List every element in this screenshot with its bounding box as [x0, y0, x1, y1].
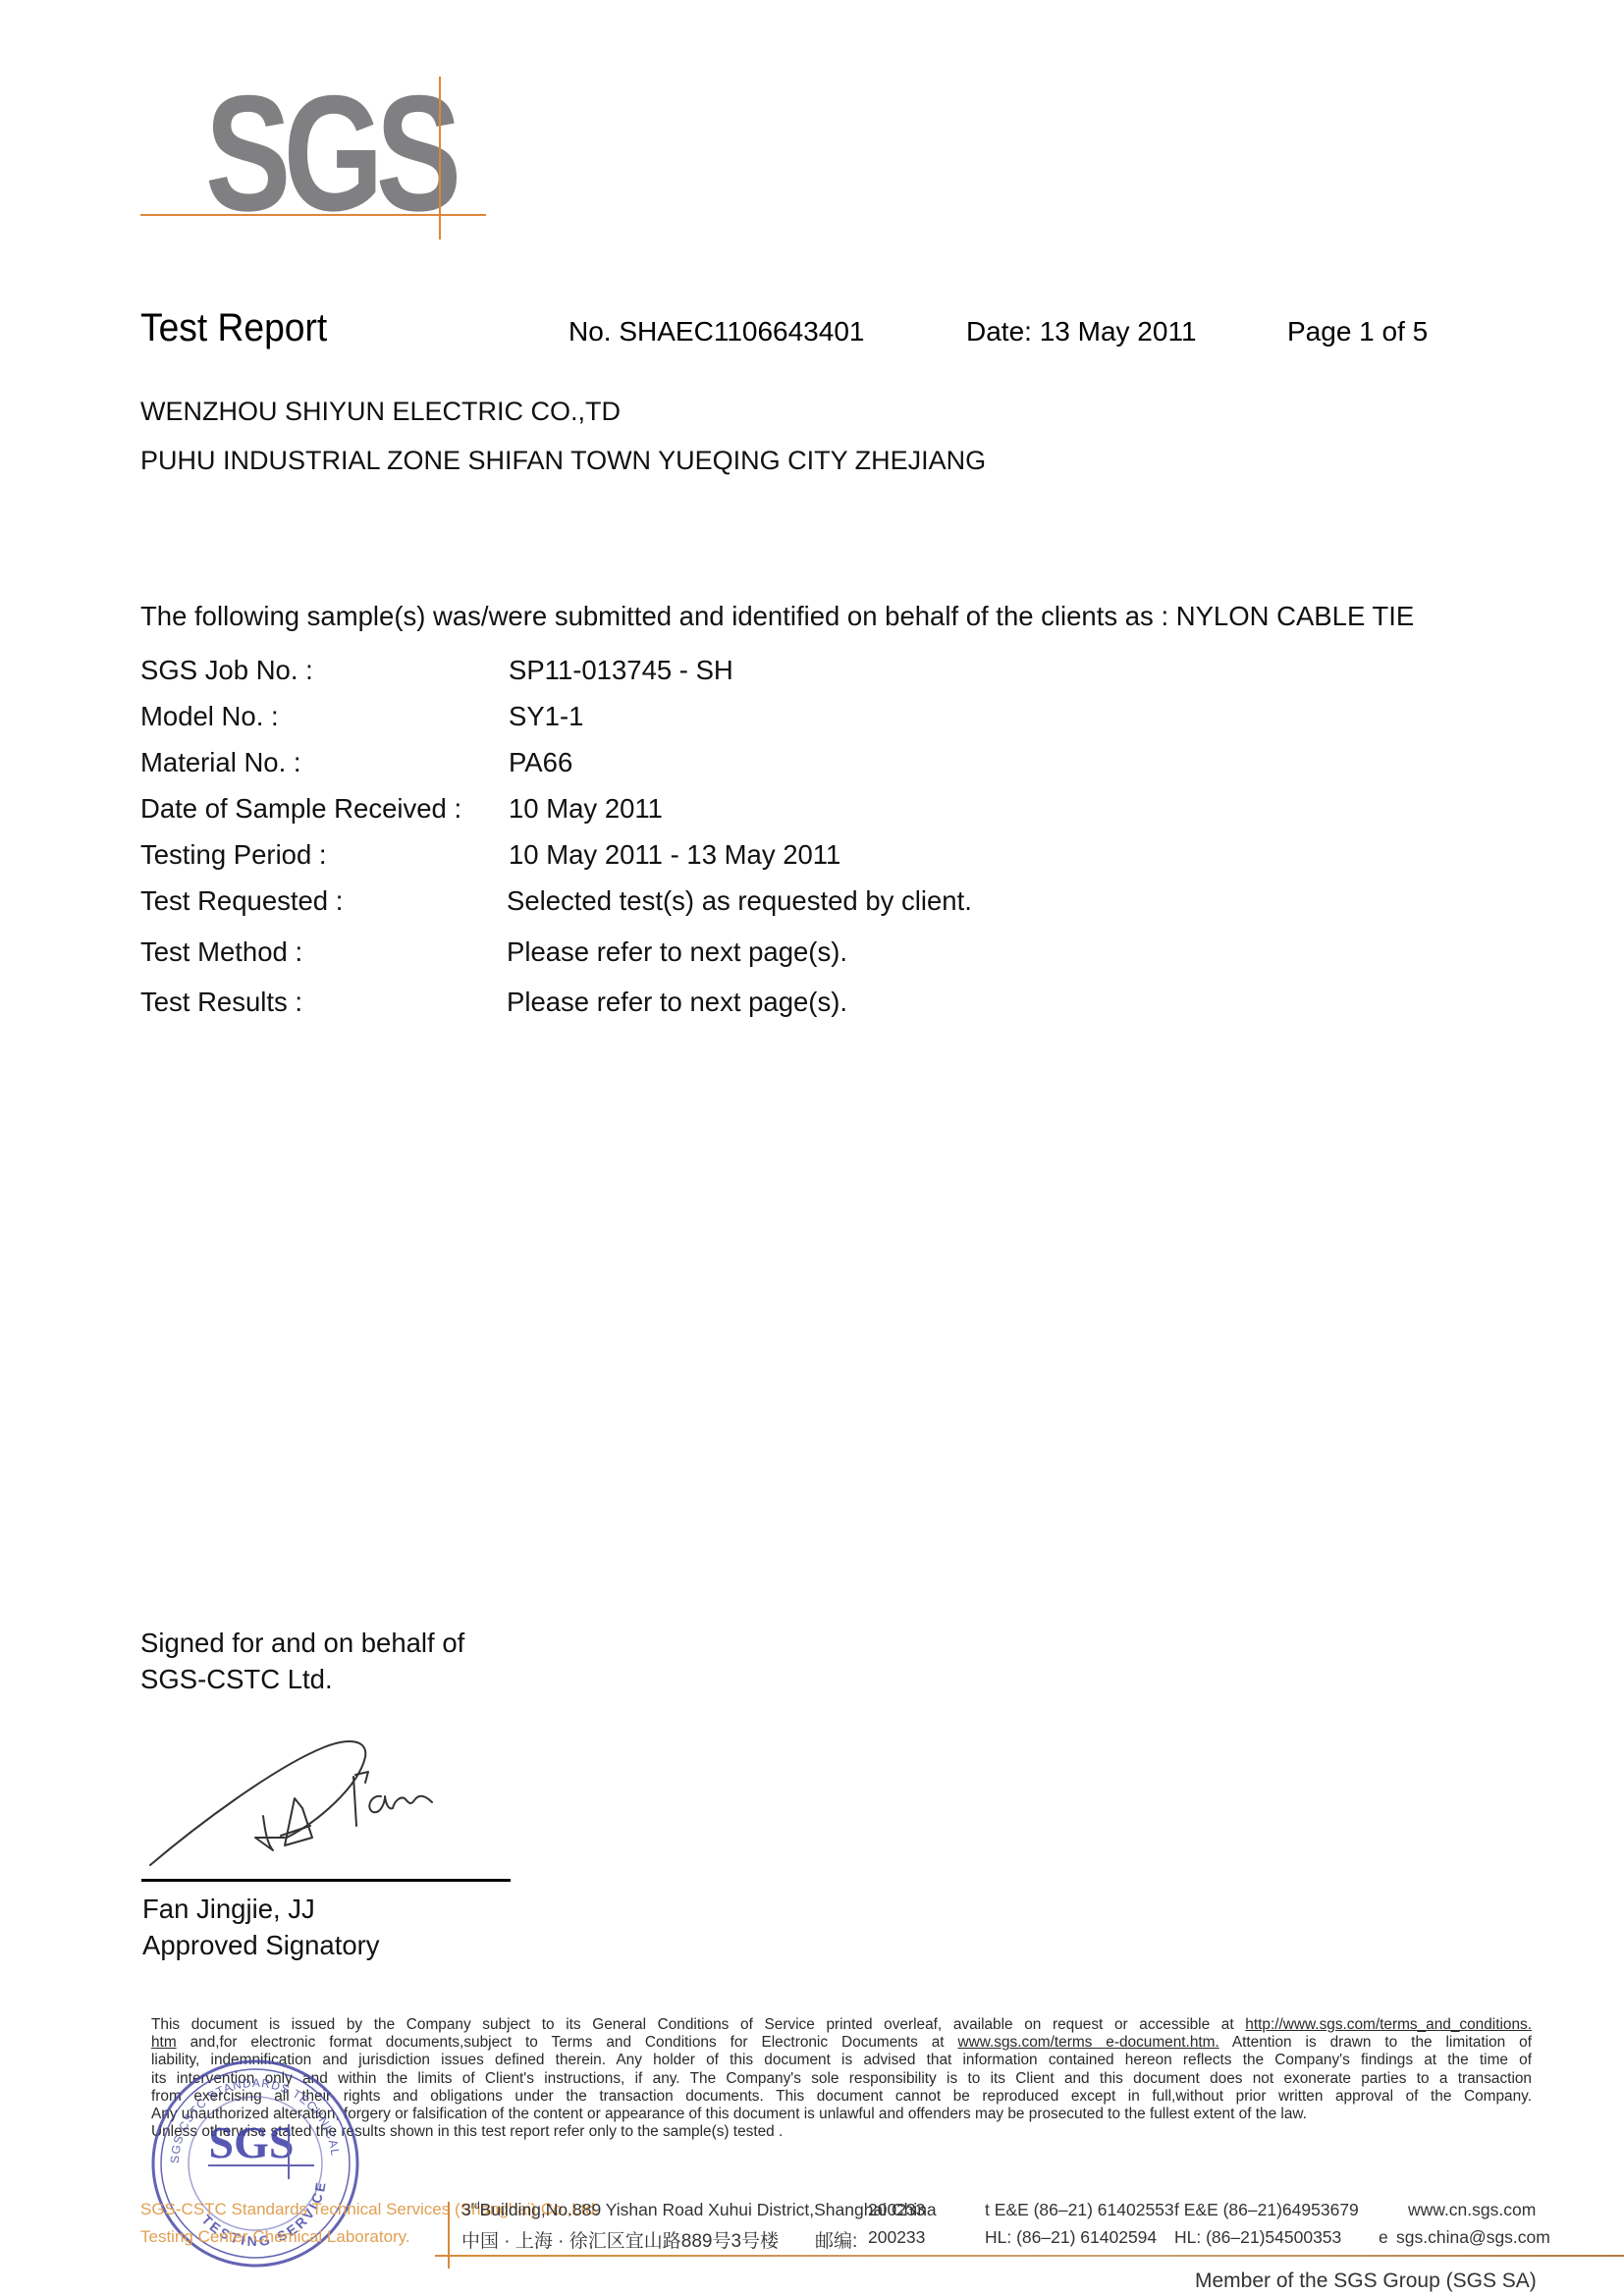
- field-label: Test Method :: [140, 936, 302, 968]
- e-document-terms-link[interactable]: www.sgs.com/terms e-document.htm.: [958, 2034, 1219, 2051]
- field-value: PA66: [509, 747, 572, 778]
- footer-email-label: e: [1379, 2227, 1388, 2248]
- footer-telephone-hl: HL: (86–21) 61402594: [985, 2227, 1157, 2248]
- logo-vertical-rule: [439, 77, 441, 240]
- footer-horizontal-rule: [435, 2255, 1624, 2257]
- footer-email-link[interactable]: sgs.china@sgs.com: [1396, 2227, 1550, 2248]
- field-label: Test Results :: [140, 987, 302, 1018]
- report-date: Date: 13 May 2011: [966, 316, 1197, 347]
- signoff-line-1: Signed for and on behalf of: [140, 1628, 464, 1659]
- field-label: Testing Period :: [140, 839, 327, 871]
- footer-fax: f E&E (86–21)64953679: [1174, 2200, 1359, 2220]
- field-value: 10 May 2011 - 13 May 2011: [509, 839, 840, 871]
- footer-postcode-cn: 200233: [868, 2227, 925, 2248]
- disclaimer-line: htm and,for electronic format documents,…: [151, 2034, 1532, 2052]
- field-value: Please refer to next page(s).: [507, 987, 847, 1018]
- footer-address-en: 3rdBuilding,No.889 Yishan Road Xuhui Dis…: [461, 2200, 937, 2220]
- field-label: Material No. :: [140, 747, 301, 778]
- sgs-logo: SGS: [140, 77, 489, 241]
- report-number: No. SHAEC1106643401: [568, 316, 864, 347]
- logo-horizontal-rule: [140, 214, 486, 216]
- footer-vertical-rule: [448, 2202, 450, 2269]
- footer-telephone: t E&E (86–21) 61402553: [985, 2200, 1174, 2220]
- footer-postcode-cn-label: 邮编:: [815, 2226, 857, 2253]
- footer-company-line-2: Testing Center Chemical Laboratory.: [140, 2227, 410, 2247]
- field-label: Date of Sample Received :: [140, 793, 461, 825]
- sgs-logo-letters: SGS: [205, 84, 454, 222]
- field-value: Selected test(s) as requested by client.: [507, 885, 972, 917]
- footer-postcode-en: 200233: [868, 2200, 925, 2220]
- disclaimer-line: This document is issued by the Company s…: [151, 2016, 1532, 2034]
- terms-link[interactable]: http://www.sgs.com/terms_and_conditions.: [1245, 2016, 1532, 2033]
- footer-address-cn: 中国 · 上海 · 徐汇区宜山路889号3号楼: [461, 2226, 779, 2253]
- footer-website-link[interactable]: www.cn.sgs.com: [1408, 2200, 1536, 2220]
- field-label: Test Requested :: [140, 885, 343, 917]
- client-address: PUHU INDUSTRIAL ZONE SHIFAN TOWN YUEQING…: [140, 446, 986, 476]
- field-label: SGS Job No. :: [140, 655, 313, 686]
- field-value: Please refer to next page(s).: [507, 936, 847, 968]
- terms-link-continuation[interactable]: htm: [151, 2034, 177, 2051]
- client-name: WENZHOU SHIYUN ELECTRIC CO.,TD: [140, 397, 621, 427]
- sgs-group-membership: Member of the SGS Group (SGS SA): [1195, 2269, 1537, 2293]
- page-indicator: Page 1 of 5: [1287, 316, 1428, 347]
- signature-rule: [141, 1879, 511, 1882]
- field-value: SP11-013745 - SH: [509, 655, 733, 686]
- signoff-line-2: SGS-CSTC Ltd.: [140, 1664, 333, 1695]
- signatory-name: Fan Jingjie, JJ: [142, 1894, 315, 1925]
- footer-fax-hl: HL: (86–21)54500353: [1174, 2227, 1341, 2248]
- field-value: SY1-1: [509, 701, 583, 732]
- field-value: 10 May 2011: [509, 793, 663, 825]
- field-label: Model No. :: [140, 701, 279, 732]
- handwritten-signature: [137, 1728, 511, 1875]
- svg-text:SGS: SGS: [209, 2117, 295, 2167]
- sample-intro: The following sample(s) was/were submitt…: [140, 601, 1414, 632]
- document-title: Test Report: [140, 306, 327, 350]
- signatory-role: Approved Signatory: [142, 1930, 380, 1961]
